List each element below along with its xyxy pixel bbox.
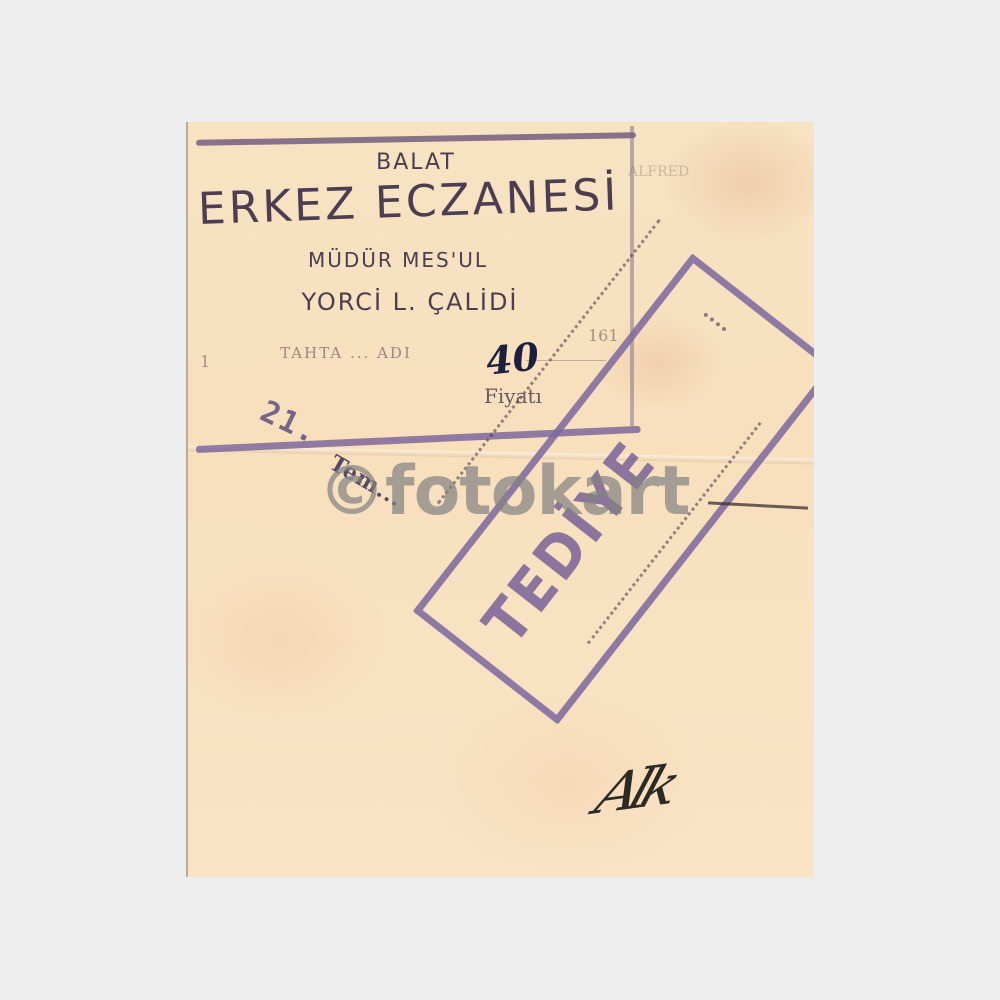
pharmacy-number: 161 (588, 326, 619, 345)
stamp-border-top (196, 132, 636, 146)
pharmacy-manager-name: YORCİ L. ÇALİDİ (190, 288, 630, 316)
signature: Alk (588, 754, 681, 828)
pharmacy-manager-title: MÜDÜR MES'UL (186, 248, 618, 272)
left-number: 1 (200, 352, 210, 371)
watermark: ©fotokart (318, 458, 690, 526)
pharmacy-name: ERKEZ ECZANESİ (197, 169, 639, 235)
payment-stamp-side-text: .... (698, 298, 738, 337)
price-value: 40 (484, 333, 541, 383)
pharmacy-stamp: BALAT ERKEZ ECZANESİ MÜDÜR MES'UL YORCİ … (196, 126, 634, 446)
